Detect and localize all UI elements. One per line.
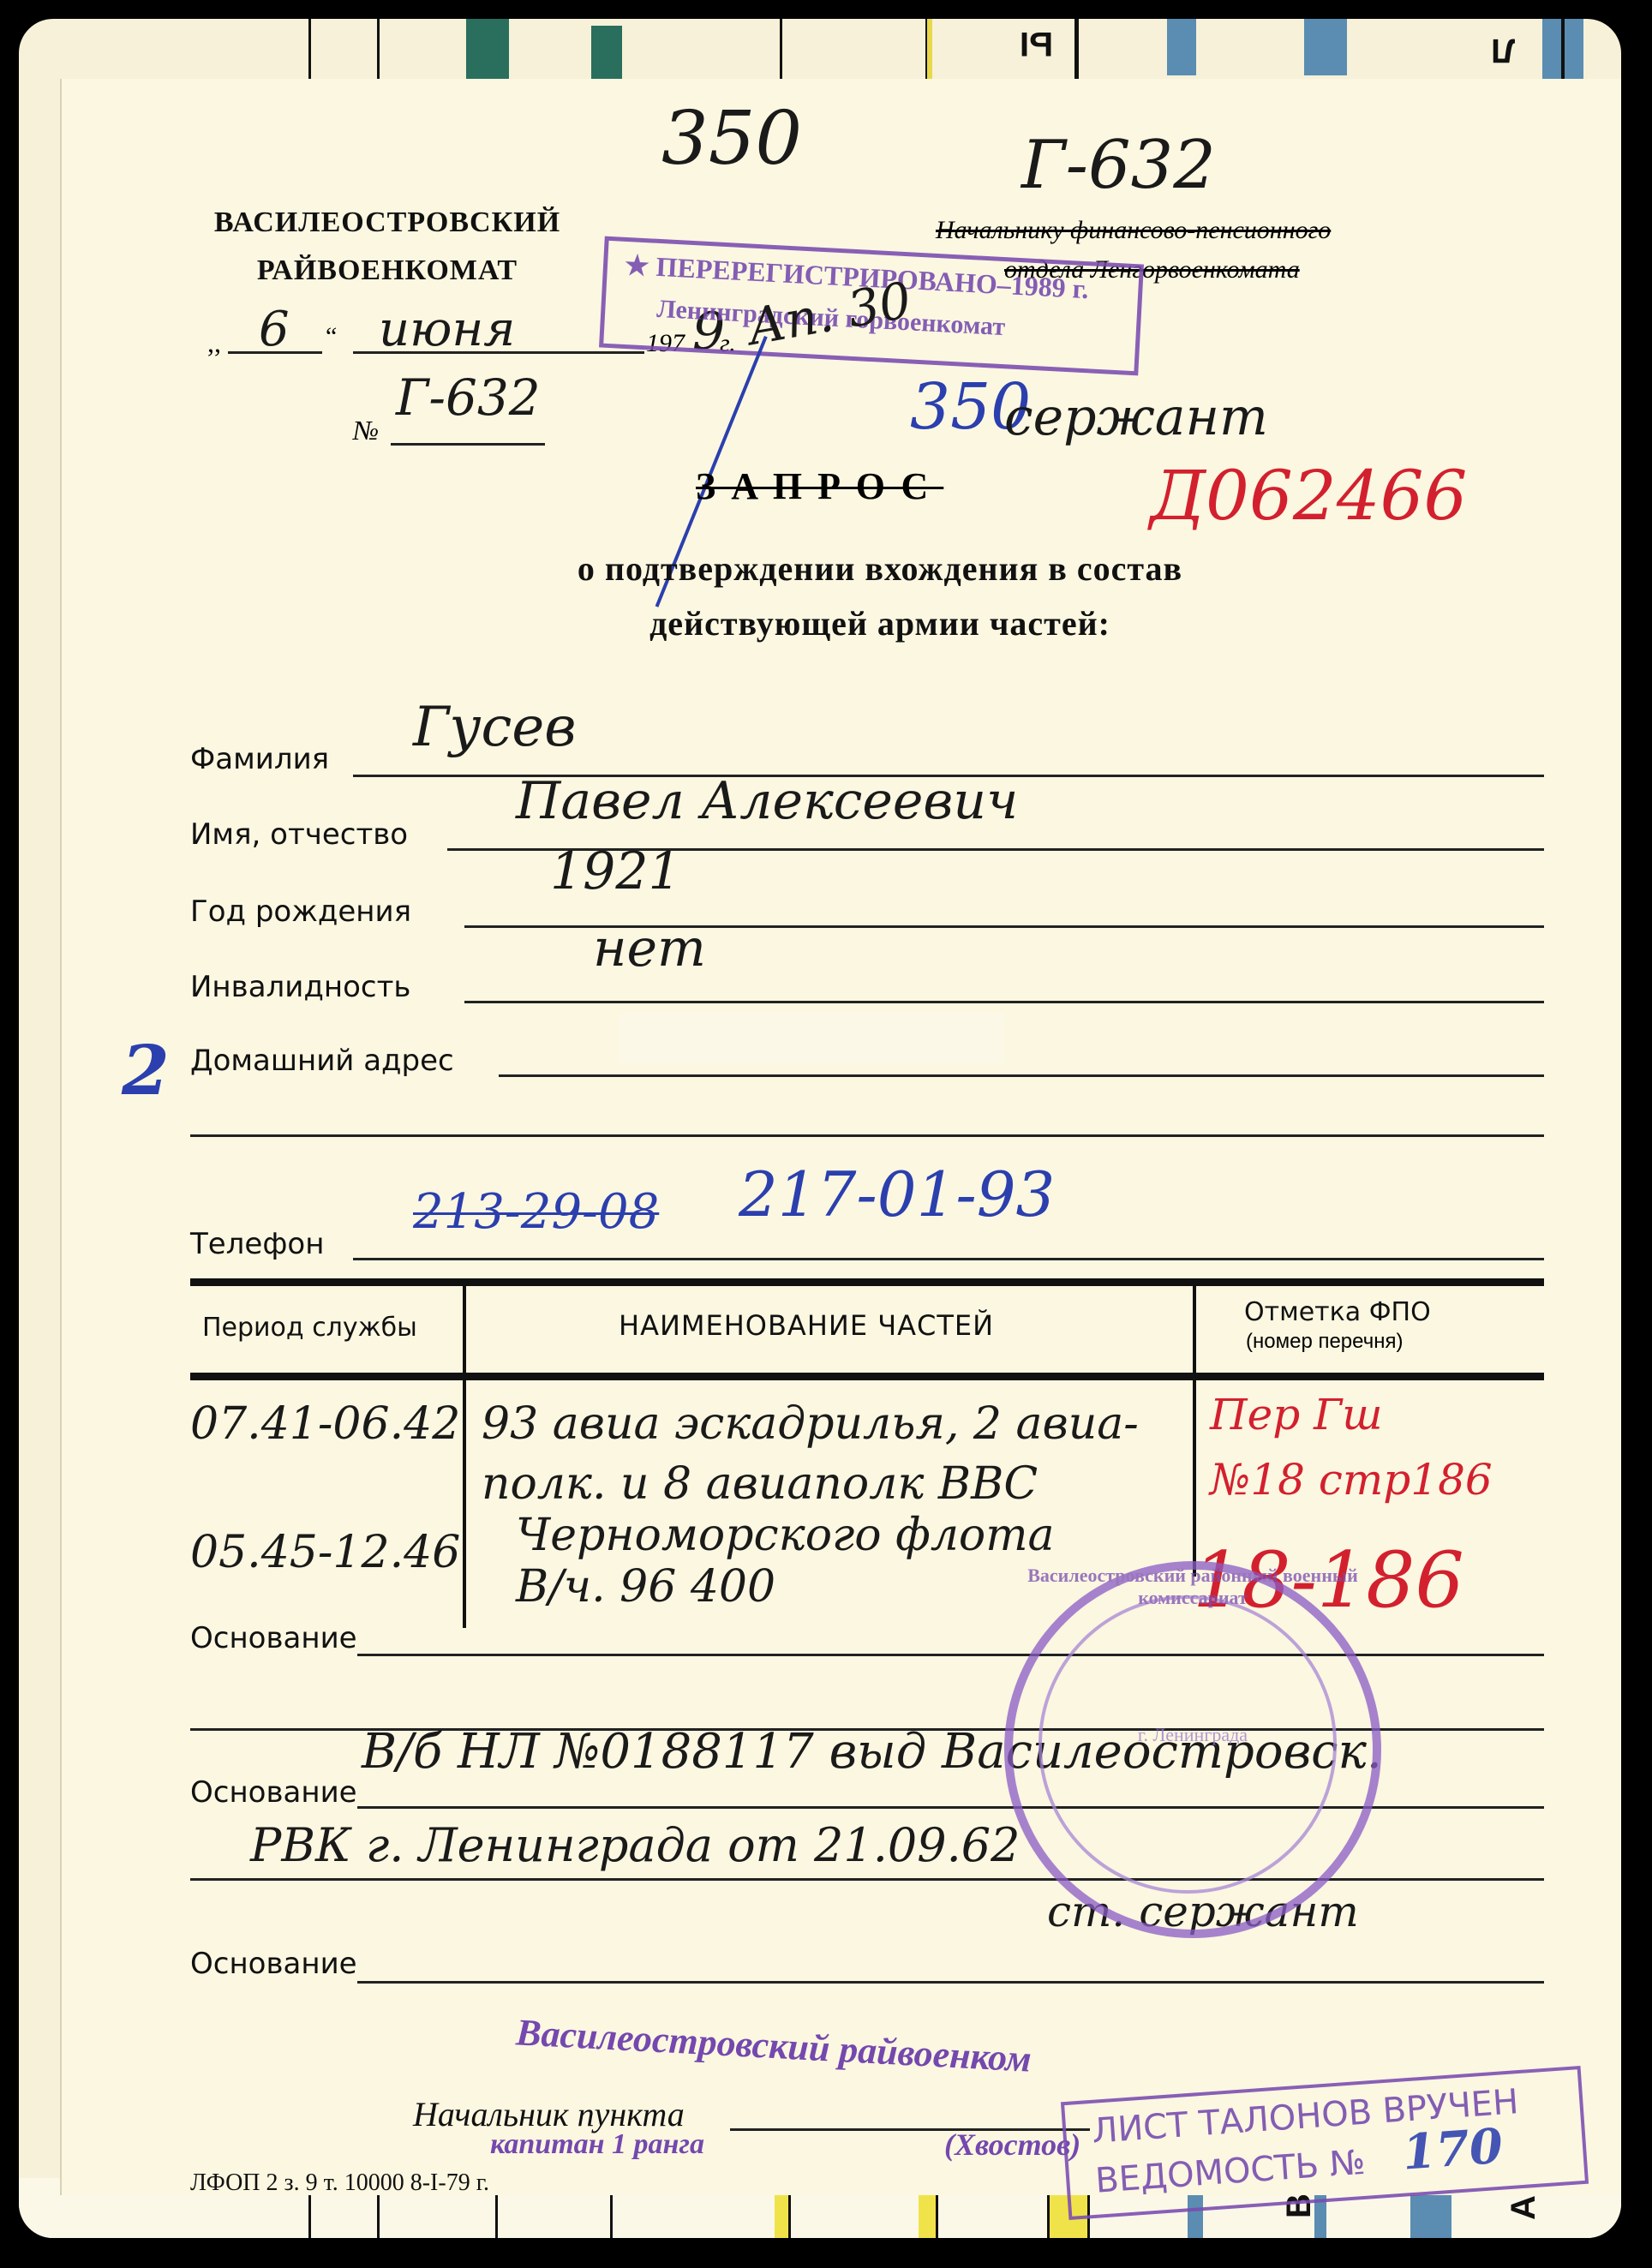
field-rule [499, 1074, 1544, 1077]
archive-number: 350 [661, 96, 802, 182]
field-rule [190, 1134, 1544, 1137]
blue-tab [1304, 19, 1347, 75]
round-seal: Василеостровский районный военный комисс… [1004, 1561, 1381, 1938]
talons-number: 170 [1401, 2118, 1505, 2181]
rank-note: сержант [1004, 387, 1268, 447]
document-card: Ы Л В А 350 Г-632 ВАСИЛЕОСТРОВСКИЙ РАЙВО… [19, 19, 1621, 2238]
header-units: НАИМЕНОВАНИЕ ЧАСТЕЙ [619, 1309, 994, 1342]
raivoenkom-stamp: Василеостровский райвоенком [515, 2010, 1032, 2080]
header-fpo-sub: (номер перечня) [1246, 1330, 1403, 1354]
tab-divider [780, 19, 782, 79]
field-label-phone: Телефон [190, 1227, 324, 1261]
number-rule [391, 443, 545, 446]
tab-letter: Л [1491, 31, 1515, 69]
field-value-phone-old: 213-29-08 [413, 1184, 659, 1240]
round-seal-text: Василеостровский районный военный комисс… [1013, 1565, 1373, 1609]
basis-label-2: Основание [190, 1775, 357, 1810]
tab-divider [377, 19, 380, 79]
tab-letter: Ы [1020, 24, 1053, 63]
subtitle-line-2: действующей армии частей: [387, 596, 1373, 651]
row-units: полк. и 8 авиаполк ВВС [482, 1458, 1038, 1510]
yellow-tab [925, 19, 932, 79]
round-seal-inner-text: г. Ленинграда [1013, 1724, 1373, 1746]
redacted-address [619, 1013, 1004, 1064]
basis-rule [190, 1878, 1544, 1881]
date-month: июня [379, 302, 515, 357]
talons-line-2: ВЕДОМОСТЬ № [1094, 2143, 1367, 2201]
table-top-border [190, 1278, 1544, 1286]
signer-rank-stamp: капитан 1 ранга [490, 2128, 704, 2161]
table-column-divider [463, 1278, 466, 1373]
header-period: Период службы [202, 1313, 417, 1343]
field-rule [464, 1001, 1544, 1003]
row-units: Черноморского флота [516, 1510, 1055, 1561]
green-tab [591, 26, 622, 79]
quote-open: ,, [207, 327, 221, 359]
row-fpo: №18 стр186 [1210, 1455, 1493, 1505]
request-number: Г-632 [396, 368, 541, 427]
index-tabs-top: Ы Л [19, 19, 1621, 81]
tab-letter: А [1505, 2195, 1543, 2220]
field-rule [353, 1258, 1544, 1260]
table-column-divider [463, 1379, 466, 1628]
basis-label-3: Основание [190, 1947, 357, 1981]
row-fpo: Пер Гш [1210, 1390, 1383, 1439]
document-title: ЗАПРОС [696, 464, 943, 508]
form-sheet: 350 Г-632 ВАСИЛЕОСТРОВСКИЙ РАЙВОЕНКОМАТ … [60, 79, 1621, 2195]
archive-reference: Г-632 [1021, 127, 1216, 204]
date-rule [353, 351, 644, 354]
field-label-birth-year: Год рождения [190, 895, 411, 929]
margin-mark: 2 [122, 1030, 170, 1110]
blue-tab [1167, 19, 1196, 75]
row-units: 93 авиа эскадрилья, 2 авиа- [482, 1398, 1139, 1450]
field-label-surname: Фамилия [190, 742, 329, 776]
basis-label-1: Основание [190, 1621, 357, 1655]
quote-close: “ [326, 322, 337, 351]
field-label-name: Имя, отчество [190, 817, 408, 852]
row-period: 07.41-06.42 [190, 1398, 460, 1450]
field-value-disability[interactable]: нет [593, 919, 706, 978]
date-day: 6 [259, 302, 290, 357]
addressee-line-1: Начальнику финансово-пенсионного [936, 216, 1331, 245]
number-prefix: № [353, 415, 379, 446]
field-value-phone[interactable]: 217-01-93 [739, 1158, 1055, 1230]
tab-divider [308, 19, 311, 79]
row-period: 05.45-12.46 [190, 1527, 460, 1578]
org-name: ВАСИЛЕОСТРОВСКИЙ РАЙВОЕНКОМАТ [190, 199, 584, 295]
basis-value-line-2: РВК г. Ленинграда от 21.09.62 [250, 1818, 1021, 1872]
tab-divider [1074, 19, 1079, 79]
org-line-1: ВАСИЛЕОСТРОВСКИЙ [190, 199, 584, 247]
field-value-surname[interactable]: Гусев [413, 696, 576, 759]
print-code: ЛФОП 2 з. 9 т. 10000 8-I-79 г. [190, 2169, 489, 2197]
basis-rule [357, 1981, 1544, 1984]
document-subtitle: о подтверждении вхождения в состав дейст… [387, 542, 1373, 651]
subtitle-line-1: о подтверждении вхождения в состав [387, 542, 1373, 596]
org-line-2: РАЙВОЕНКОМАТ [190, 247, 584, 295]
field-label-disability: Инвалидность [190, 970, 410, 1004]
row-units: В/ч. 96 400 [516, 1561, 775, 1613]
field-label-address: Домашний адрес [190, 1044, 454, 1078]
date-rule [228, 351, 322, 354]
signer-name: (Хвостов) [944, 2127, 1080, 2163]
table-header-border [190, 1373, 1544, 1380]
header-fpo: Отметка ФПО [1244, 1297, 1431, 1327]
red-code: Д062466 [1150, 456, 1467, 536]
field-value-name[interactable]: Павел Алексеевич [516, 771, 1018, 831]
basis-rule [357, 1654, 1544, 1656]
green-tab [466, 19, 509, 79]
table-column-divider [1193, 1278, 1196, 1373]
field-value-birth-year[interactable]: 1921 [550, 841, 681, 901]
